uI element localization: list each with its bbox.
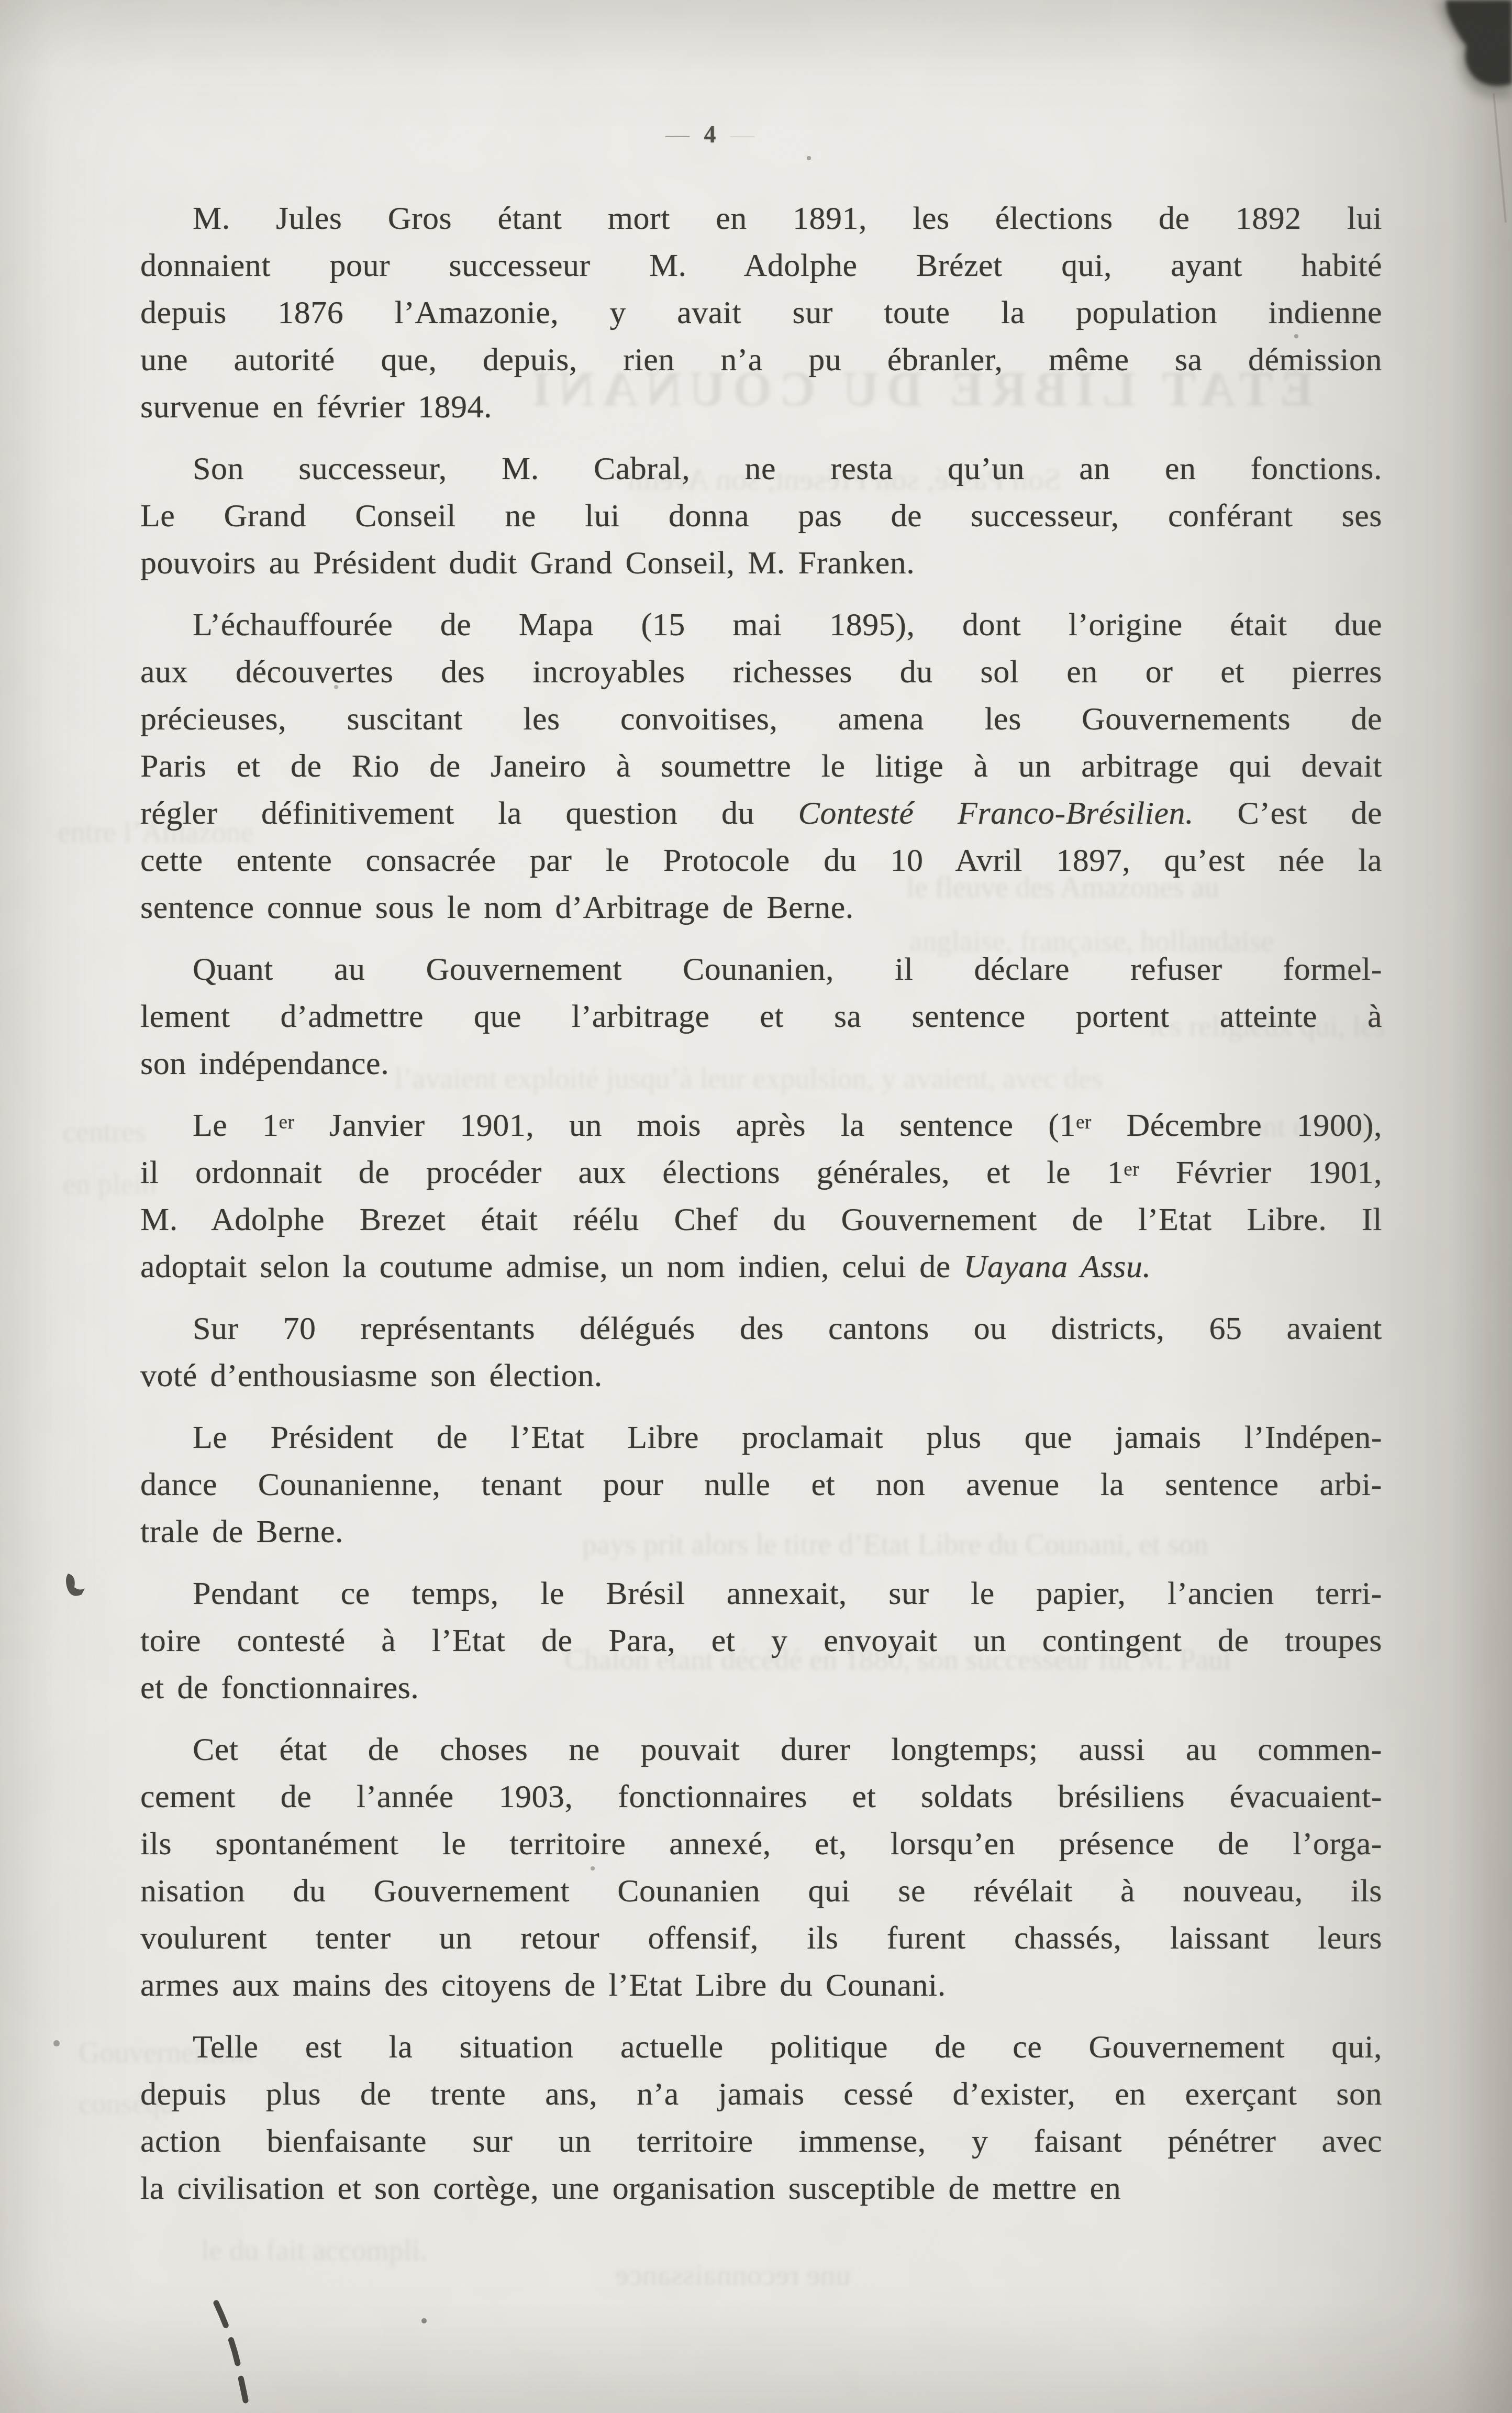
text-line: Quant au Gouvernement Counanien, il décl…: [140, 946, 1382, 993]
text-segment: régler définitivement la question du: [140, 795, 798, 831]
text-segment: la civilisation et son cortège, une orga…: [140, 2171, 1121, 2206]
text-line: voulurent tenter un retour offensif, ils…: [140, 1914, 1382, 1962]
text-segment: dance Counanienne, tenant pour nulle et …: [140, 1467, 1382, 1502]
text-segment: Le 1: [193, 1108, 279, 1143]
text-segment: Paris et de Rio de Janeiro à soumettre l…: [140, 748, 1382, 784]
text-line: Le Grand Conseil ne lui donna pas de suc…: [140, 492, 1382, 539]
paragraph: Le Président de l’Etat Libre proclamait …: [140, 1414, 1382, 1555]
text-line: nisation du Gouvernement Counanien qui s…: [140, 1867, 1382, 1914]
italic-text: Contesté Franco-Brésilien.: [798, 795, 1194, 831]
text-segment: Cet état de choses ne pouvait durer long…: [193, 1732, 1382, 1767]
header-dash-left: —: [665, 121, 694, 148]
text-segment: précieuses, suscitant les convoitises, a…: [140, 701, 1382, 737]
text-line: action bienfaisante sur un territoire im…: [140, 2118, 1382, 2165]
page-number-value: 4: [704, 121, 720, 148]
text-segment: lement d’admettre que l’arbitrage et sa …: [140, 999, 1382, 1034]
text-segment: cement de l’année 1903, fonctionnaires e…: [140, 1779, 1382, 1814]
text-line: son indépendance.: [140, 1040, 1382, 1087]
text-segment: C’est de: [1194, 795, 1382, 831]
text-line: Telle est la situation actuelle politiqu…: [140, 2023, 1382, 2071]
scanned-page: ETAT LIBRE DU COUNANISon Passé, son Prés…: [0, 0, 1512, 2413]
text-line: M. Adolphe Brezet était réélu Chef du Go…: [140, 1196, 1382, 1243]
italic-text: Uayana Assu.: [963, 1249, 1151, 1285]
text-segment: pouvoirs au Président dudit Grand Consei…: [140, 545, 915, 581]
text-segment: Février 1901,: [1139, 1155, 1382, 1190]
text-line: sentence connue sous le nom d’Arbitrage …: [140, 884, 1382, 931]
text-line: Sur 70 représentants délégués des canton…: [140, 1305, 1382, 1352]
text-segment: Quant au Gouvernement Counanien, il décl…: [193, 951, 1382, 987]
text-line: dance Counanienne, tenant pour nulle et …: [140, 1461, 1382, 1508]
text-segment: toire contesté à l’Etat de Para, et y en…: [140, 1623, 1382, 1658]
text-segment: Pendant ce temps, le Brésil annexait, su…: [193, 1576, 1382, 1611]
text-line: et de fonctionnaires.: [140, 1664, 1382, 1711]
paragraph: Sur 70 représentants délégués des canton…: [140, 1305, 1382, 1399]
text-line: voté d’enthousiasme son élection.: [140, 1352, 1382, 1399]
text-segment: sentence connue sous le nom d’Arbitrage …: [140, 890, 854, 925]
text-line: aux découvertes des incroyables richesse…: [140, 648, 1382, 695]
text-line: Son successeur, M. Cabral, ne resta qu’u…: [140, 445, 1382, 492]
text-line: donnaient pour successeur M. Adolphe Bré…: [140, 242, 1382, 289]
text-segment: survenue en février 1894.: [140, 389, 492, 425]
text-segment: depuis plus de trente ans, n’a jamais ce…: [140, 2076, 1382, 2112]
paragraph: Son successeur, M. Cabral, ne resta qu’u…: [140, 445, 1382, 586]
text-segment: voulurent tenter un retour offensif, ils…: [140, 1920, 1382, 1956]
text-segment: Le Grand Conseil ne lui donna pas de suc…: [140, 498, 1382, 534]
text-line: Le 1er Janvier 1901, un mois après la se…: [140, 1102, 1382, 1149]
paragraph: Telle est la situation actuelle politiqu…: [140, 2023, 1382, 2212]
text-segment: action bienfaisante sur un territoire im…: [140, 2123, 1382, 2159]
text-line: régler définitivement la question du Con…: [140, 790, 1382, 837]
text-segment: M. Adolphe Brezet était réélu Chef du Go…: [140, 1202, 1382, 1237]
ghost-text: le du fait accompli.: [79, 2235, 550, 2267]
text-line: Le Président de l’Etat Libre proclamait …: [140, 1414, 1382, 1461]
text-line: L’échauffourée de Mapa (15 mai 1895), do…: [140, 601, 1382, 648]
text-segment: trale de Berne.: [140, 1514, 343, 1549]
text-line: M. Jules Gros étant mort en 1891, les él…: [140, 195, 1382, 242]
superscript-text: er: [1124, 1159, 1139, 1180]
text-line: trale de Berne.: [140, 1508, 1382, 1555]
header-dash-right: —: [730, 121, 759, 148]
paragraph: Quant au Gouvernement Counanien, il décl…: [140, 946, 1382, 1087]
text-line: une autorité que, depuis, rien n’a pu éb…: [140, 336, 1382, 383]
text-segment: il ordonnait de procéder aux élections g…: [140, 1155, 1124, 1190]
text-block: M. Jules Gros étant mort en 1891, les él…: [140, 195, 1382, 2212]
text-line: ils spontanément le territoire annexé, e…: [140, 1820, 1382, 1867]
paragraph: Pendant ce temps, le Brésil annexait, su…: [140, 1570, 1382, 1711]
text-line: armes aux mains des citoyens de l’Etat L…: [140, 1962, 1382, 2009]
text-line: il ordonnait de procéder aux élections g…: [140, 1149, 1382, 1196]
paragraph: Cet état de choses ne pouvait durer long…: [140, 1726, 1382, 2009]
text-segment: depuis 1876 l’Amazonie, y avait sur tout…: [140, 295, 1382, 330]
text-segment: son indépendance.: [140, 1046, 389, 1081]
text-line: Pendant ce temps, le Brésil annexait, su…: [140, 1570, 1382, 1617]
text-segment: Telle est la situation actuelle politiqu…: [193, 2029, 1382, 2065]
text-line: précieuses, suscitant les convoitises, a…: [140, 695, 1382, 743]
text-line: pouvoirs au Président dudit Grand Consei…: [140, 539, 1382, 586]
text-segment: M. Jules Gros étant mort en 1891, les él…: [193, 201, 1382, 236]
text-line: survenue en février 1894.: [140, 383, 1382, 430]
text-segment: cette entente consacrée par le Protocole…: [140, 843, 1382, 878]
page-number: — 4 —: [597, 120, 827, 148]
text-segment: Son successeur, M. Cabral, ne resta qu’u…: [193, 451, 1382, 486]
text-line: cement de l’année 1903, fonctionnaires e…: [140, 1773, 1382, 1820]
superscript-text: er: [1076, 1112, 1092, 1133]
paragraph: L’échauffourée de Mapa (15 mai 1895), do…: [140, 601, 1382, 931]
text-line: adoptait selon la coutume admise, un nom…: [140, 1243, 1382, 1290]
text-line: Cet état de choses ne pouvait durer long…: [140, 1726, 1382, 1773]
text-segment: nisation du Gouvernement Counanien qui s…: [140, 1873, 1382, 1909]
text-segment: donnaient pour successeur M. Adolphe Bré…: [140, 248, 1382, 283]
text-segment: adoptait selon la coutume admise, un nom…: [140, 1249, 963, 1285]
text-segment: Janvier 1901, un mois après la sentence …: [294, 1108, 1075, 1143]
text-segment: voté d’enthousiasme son élection.: [140, 1358, 603, 1393]
text-segment: et de fonctionnaires.: [140, 1670, 419, 1706]
text-segment: Le Président de l’Etat Libre proclamait …: [193, 1420, 1382, 1455]
text-line: cette entente consacrée par le Protocole…: [140, 837, 1382, 884]
text-line: depuis 1876 l’Amazonie, y avait sur tout…: [140, 289, 1382, 336]
text-segment: Sur 70 représentants délégués des canton…: [193, 1311, 1382, 1346]
ghost-text: centres: [63, 1116, 146, 1149]
superscript-text: er: [279, 1112, 295, 1133]
text-segment: armes aux mains des citoyens de l’Etat L…: [140, 1967, 946, 2003]
text-segment: L’échauffourée de Mapa (15 mai 1895), do…: [193, 607, 1382, 643]
paragraph: M. Jules Gros étant mort en 1891, les él…: [140, 195, 1382, 430]
text-line: toire contesté à l’Etat de Para, et y en…: [140, 1617, 1382, 1664]
text-segment: une autorité que, depuis, rien n’a pu éb…: [140, 342, 1382, 378]
text-segment: ils spontanément le territoire annexé, e…: [140, 1826, 1382, 1862]
text-segment: Décembre 1900),: [1092, 1108, 1382, 1143]
paragraph: Le 1er Janvier 1901, un mois après la se…: [140, 1102, 1382, 1290]
text-line: Paris et de Rio de Janeiro à soumettre l…: [140, 743, 1382, 790]
text-line: depuis plus de trente ans, n’a jamais ce…: [140, 2071, 1382, 2118]
text-line: la civilisation et son cortège, une orga…: [140, 2165, 1382, 2212]
text-line: lement d’admettre que l’arbitrage et sa …: [140, 993, 1382, 1040]
text-segment: aux découvertes des incroyables richesse…: [140, 654, 1382, 690]
